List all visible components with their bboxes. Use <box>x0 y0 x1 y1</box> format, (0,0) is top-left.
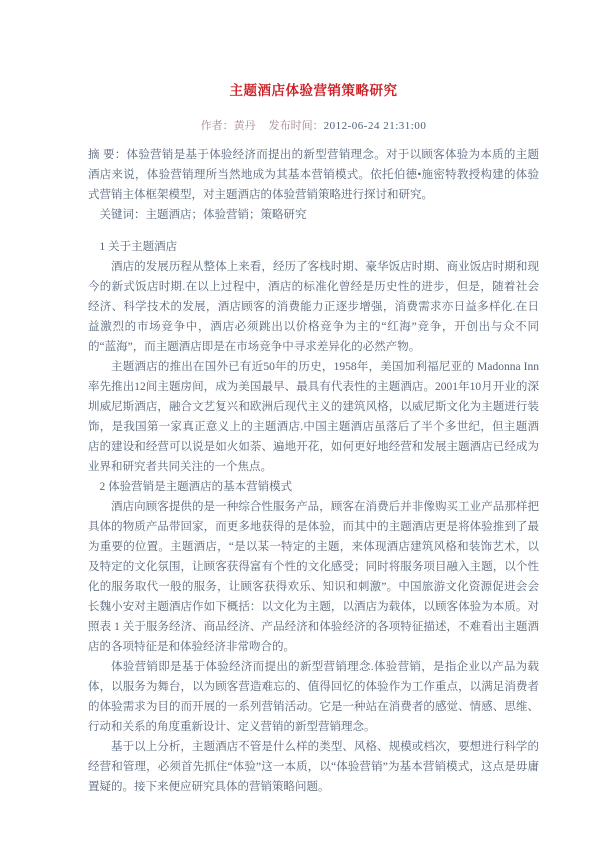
section-2-paragraph-3: 基于以上分析，主题酒店不管是什么样的类型、风格、规模或档次，要想进行科学的经营和… <box>88 737 539 797</box>
section-heading-1: 1 关于主题酒店 <box>88 237 539 257</box>
keywords-line: 关键词：主题酒店；体验营销；策略研究 <box>88 205 539 225</box>
section-2-paragraph-1: 酒店向顾客提供的是一种综合性服务产品，顾客在消费后并非像购买工业产品那样把具体的… <box>88 497 539 657</box>
article-content: 摘 要：体验营销是基于体验经济而提出的新型营销理念。对于以顾客体验为本质的主题酒… <box>88 145 539 797</box>
author-label: 作者： <box>201 120 234 132</box>
section-1-paragraph-2: 主题酒店的推出在国外已有近50年的历史，1958年，美国加利福尼亚的 Madon… <box>88 357 539 477</box>
document-page: 主题酒店体验营销策略研究 作者：黄丹发布时间：2012-06-24 21:31:… <box>0 0 595 842</box>
publish-time-value: 2012-06-24 21:31:00 <box>324 120 427 132</box>
section-2-paragraph-2: 体验营销即是基于体验经济而提出的新型营销理念.体验营销，是指企业以产品为载体，以… <box>88 657 539 737</box>
byline: 作者：黄丹发布时间：2012-06-24 21:31:00 <box>88 119 539 133</box>
author-name: 黄丹 <box>234 120 256 132</box>
page-title: 主题酒店体验营销策略研究 <box>88 82 539 100</box>
publish-time-label: 发布时间： <box>269 120 324 132</box>
section-heading-2: 2 体验营销是主题酒店的基本营销模式 <box>88 477 539 497</box>
sections-container: 1 关于主题酒店酒店的发展历程从整体上来看，经历了客栈时期、豪华饭店时期、商业饭… <box>88 237 539 797</box>
abstract-paragraph: 摘 要：体验营销是基于体验经济而提出的新型营销理念。对于以顾客体验为本质的主题酒… <box>88 145 539 205</box>
section-1-paragraph-1: 酒店的发展历程从整体上来看，经历了客栈时期、豪华饭店时期、商业饭店时期和现今的新… <box>88 257 539 357</box>
